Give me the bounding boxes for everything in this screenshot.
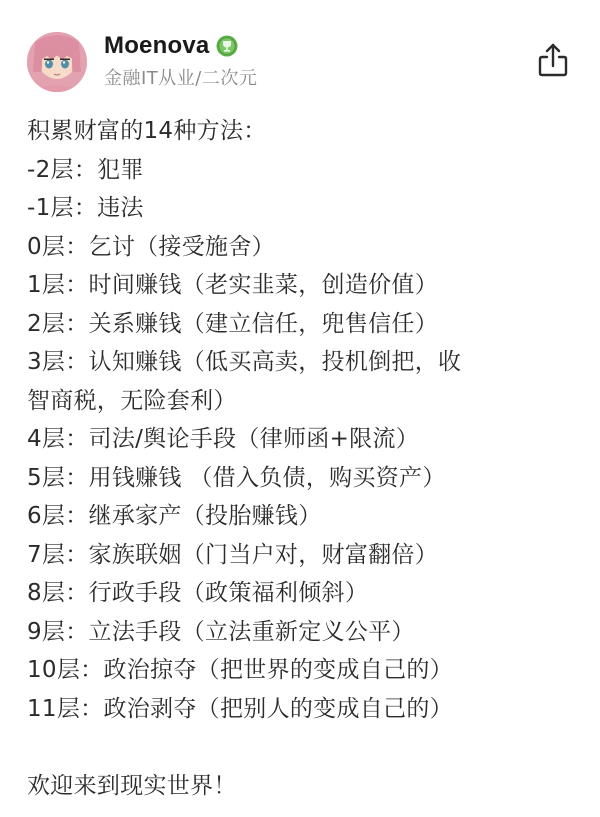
post-closing-line: 欢迎来到现实世界！ [27, 767, 572, 806]
share-icon [535, 40, 571, 80]
author-display-name[interactable]: Moenova [104, 32, 209, 60]
post-line-level-6: 6层：继承家产（投胎赚钱） [27, 497, 572, 536]
post-line-level-minus1: -1层：违法 [27, 189, 572, 228]
post-line-level-7: 7层：家族联姻（门当户对，财富翻倍） [27, 536, 572, 575]
blank-line [27, 728, 572, 767]
author-name-row: Moenova [104, 30, 257, 62]
post-line-level-3-cont: 智商税，无险套利） [27, 382, 572, 421]
post-line-level-10: 10层：政治掠夺（把世界的变成自己的） [27, 651, 572, 690]
author-info: Moenova 金融IT从业/二次元 [104, 30, 257, 90]
trophy-badge-icon[interactable] [216, 35, 238, 57]
post-title-line: 积累财富的14种方法： [27, 112, 572, 151]
post-line-level-8: 8层：行政手段（政策福利倾斜） [27, 574, 572, 613]
post-line-level-5: 5层：用钱赚钱 （借入负债，购买资产） [27, 459, 572, 498]
avatar[interactable] [27, 32, 87, 92]
anime-avatar-icon [27, 32, 87, 92]
post-line-level-4: 4层：司法/舆论手段（律师函+限流） [27, 420, 572, 459]
author-bio: 金融IT从业/二次元 [104, 64, 257, 90]
post-line-level-0: 0层：乞讨（接受施舍） [27, 228, 572, 267]
post-line-level-3: 3层：认知赚钱（低买高卖，投机倒把，收 [27, 343, 572, 382]
post-line-level-minus2: -2层：犯罪 [27, 151, 572, 190]
post-line-level-9: 9层：立法手段（立法重新定义公平） [27, 613, 572, 652]
post-header: Moenova 金融IT从业/二次元 [0, 0, 600, 105]
post-line-level-1: 1层：时间赚钱（老实韭菜，创造价值） [27, 266, 572, 305]
share-button[interactable] [535, 40, 571, 80]
post-line-level-11: 11层：政治剥夺（把别人的变成自己的） [27, 690, 572, 729]
post-line-level-2: 2层：关系赚钱（建立信任，兜售信任） [27, 305, 572, 344]
post-body: 积累财富的14种方法： -2层：犯罪 -1层：违法 0层：乞讨（接受施舍） 1层… [27, 112, 572, 805]
